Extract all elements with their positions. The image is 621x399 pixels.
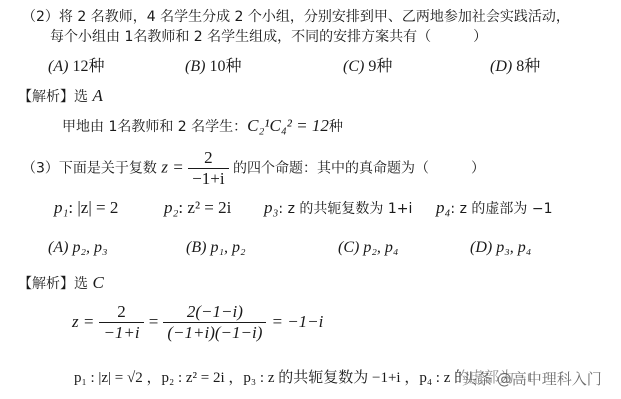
q3-choice-c: (C) p₂, p₄ <box>338 239 398 257</box>
q2-choice-d: (D) 8种 <box>490 53 540 76</box>
q2-choice-c: (C) 9种 <box>343 53 392 76</box>
q3-choice-b: (B) p₁, p₂ <box>186 239 246 257</box>
question-2-line1: （2）将 2 名教师，4 名学生分成 2 个小组，分别安排到甲、乙两地参加社会实… <box>22 6 570 26</box>
q3-choice-d: (D) p₃, p₄ <box>470 239 531 257</box>
answer-2-explanation: 甲地由 1名教师和 2 名学生：C₂¹C₄² = 12种 <box>62 116 343 136</box>
answer-2-header: 【解析】选 A <box>18 86 103 106</box>
proposition-p2: p₂: z² = 2i <box>164 198 231 218</box>
q2-choice-a: (A) 12种 <box>48 53 104 76</box>
answer-3-derivation: z = 2−1+i = 2(−1−i)(−1+i)(−1−i) = −1−i <box>72 302 323 343</box>
question-text: 将 2 名教师，4 名学生分成 2 个小组，分别安排到甲、乙两地参加社会实践活动… <box>59 9 570 25</box>
question-number: （2） <box>22 9 59 25</box>
q2-choice-b: (B) 10种 <box>185 53 241 76</box>
proposition-p3: p₃: z 的共轭复数为 1+i <box>264 198 412 218</box>
question-3-line: （3）下面是关于复数 z = 2−1+i 的四个命题：其中的真命题为（ ） <box>22 148 485 189</box>
fraction-2: 2(−1−i)(−1+i)(−1−i) <box>163 302 266 343</box>
combination-formula: C₂¹C₄² = 12 <box>247 116 329 135</box>
z-fraction: 2−1+i <box>188 148 228 189</box>
answer-3-header: 【解析】选 C <box>18 273 104 293</box>
proposition-p1: p₁: |z| = 2 <box>54 198 118 218</box>
watermark: 头条 @高中理科入门 <box>462 368 602 389</box>
proposition-p4: p₄: z 的虚部为 −1 <box>436 198 552 218</box>
q3-choice-a: (A) p₂, p₃ <box>48 239 108 257</box>
fraction-1: 2−1+i <box>99 302 143 343</box>
question-2-line2: 每个小组由 1名教师和 2 名学生组成，不同的安排方案共有（ ） <box>50 26 487 46</box>
